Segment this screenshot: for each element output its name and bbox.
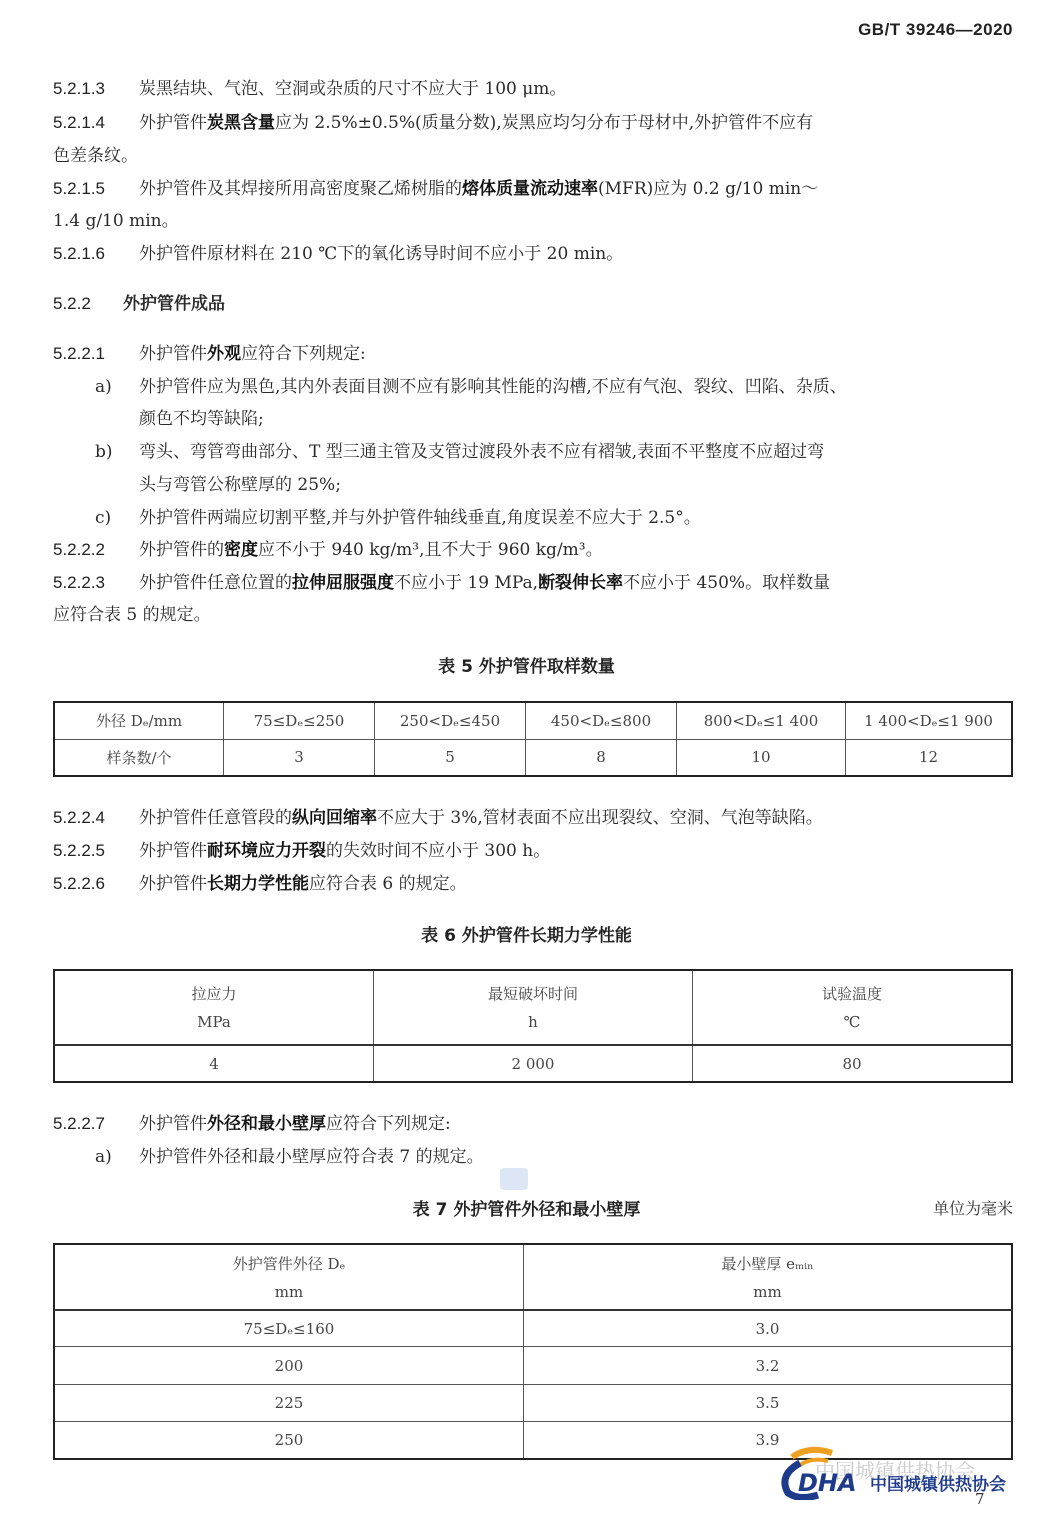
clause-text: 不应小于 19 MPa, xyxy=(394,573,538,593)
clause-number: 5.2.2.5 xyxy=(53,840,139,862)
table-row: 样条数/个 3 5 8 10 12 xyxy=(54,739,1012,776)
table-cell: 250<Dₑ≤450 xyxy=(375,702,526,739)
list-continuation: 颜色不均等缺陷; xyxy=(139,408,1013,430)
table-cell: 80 xyxy=(693,1045,1013,1082)
svg-text:DHA: DHA xyxy=(798,1469,857,1497)
table-cell: 12 xyxy=(846,739,1013,776)
header-unit: h xyxy=(374,1008,692,1036)
column-header: 最小壁厚 eₘᵢₙ mm xyxy=(524,1244,1013,1310)
table-cell: 3.0 xyxy=(524,1310,1013,1347)
clause-text: 外护管件的 xyxy=(139,540,224,560)
keyword: 耐环境应力开裂 xyxy=(207,841,326,861)
clause-number: 5.2.1.6 xyxy=(53,243,139,265)
table-row: 200 3.2 xyxy=(54,1347,1012,1384)
table-7: 外护管件外径 Dₑ mm 最小壁厚 eₘᵢₙ mm 75≤Dₑ≤160 3.0 … xyxy=(53,1243,1013,1460)
table-row: 225 3.5 xyxy=(54,1384,1012,1421)
clause-number: 5.2.1.3 xyxy=(53,78,139,100)
clause-text: 外护管件 xyxy=(139,874,207,894)
column-header: 最短破坏时间 h xyxy=(374,970,693,1045)
table-cell: 8 xyxy=(526,739,677,776)
table-5-caption: 表 5 外护管件取样数量 xyxy=(0,652,1053,677)
section-title: 外护管件成品 xyxy=(123,294,225,314)
standard-code: GB/T 39246—2020 xyxy=(858,20,1013,40)
clause-5-2-2-2: 5.2.2.2外护管件的密度应不小于 940 kg/m³,且不大于 960 kg… xyxy=(53,539,1013,561)
table-cell: 5 xyxy=(375,739,526,776)
clause-number: 5.2.2.7 xyxy=(53,1113,139,1135)
clause-text: (MFR)应为 0.2 g/10 min～ xyxy=(598,179,818,199)
table-cell: 1 400<Dₑ≤1 900 xyxy=(846,702,1013,739)
table-header-row: 拉应力 MPa 最短破坏时间 h 试验温度 ℃ xyxy=(54,970,1012,1045)
keyword: 外观 xyxy=(207,344,241,364)
clause-text: 外护管件及其焊接所用高密度聚乙烯树脂的 xyxy=(139,179,462,199)
list-item-a: a)外护管件外径和最小壁厚应符合表 7 的规定。 xyxy=(95,1146,1013,1168)
column-header: 外护管件外径 Dₑ mm xyxy=(54,1244,524,1310)
clause-5-2-2-1: 5.2.2.1外护管件外观应符合下列规定: xyxy=(53,343,1013,365)
unit-note: 单位为毫米 xyxy=(933,1196,1013,1219)
section-heading-5-2-2: 5.2.2外护管件成品 xyxy=(53,293,1013,315)
clause-text: 不应大于 3%,管材表面不应出现裂纹、空洞、气泡等缺陷。 xyxy=(377,808,823,828)
clause-5-2-2-3: 5.2.2.3外护管件任意位置的拉伸屈服强度不应小于 19 MPa,断裂伸长率不… xyxy=(53,572,1013,594)
table-5: 外径 Dₑ/mm 75≤Dₑ≤250 250<Dₑ≤450 450<Dₑ≤800… xyxy=(53,701,1013,777)
table-cell: 225 xyxy=(54,1384,524,1421)
table-7-caption: 表 7 外护管件外径和最小壁厚 xyxy=(0,1195,1053,1220)
header-name: 最小壁厚 eₘᵢₙ xyxy=(524,1249,1011,1279)
keyword: 长期力学性能 xyxy=(207,874,309,894)
clause-number: 5.2.1.4 xyxy=(53,112,139,134)
table-header-row: 外护管件外径 Dₑ mm 最小壁厚 eₘᵢₙ mm xyxy=(54,1244,1012,1310)
table-cell: 75≤Dₑ≤160 xyxy=(54,1310,524,1347)
page-number: 7 xyxy=(975,1490,985,1508)
clause-text: 应符合下列规定: xyxy=(326,1114,451,1134)
column-header: 拉应力 MPa xyxy=(54,970,374,1045)
keyword: 炭黑含量 xyxy=(207,113,275,133)
header-name: 外护管件外径 Dₑ xyxy=(55,1249,523,1279)
clause-text: 的失效时间不应小于 300 h。 xyxy=(326,841,550,861)
header-unit: ℃ xyxy=(693,1008,1011,1036)
table-cell: 450<Dₑ≤800 xyxy=(526,702,677,739)
header-unit: mm xyxy=(55,1279,523,1305)
list-text: 外护管件应为黑色,其内外表面目测不应有影响其性能的沟槽,不应有气泡、裂纹、凹陷、… xyxy=(139,377,847,397)
table-cell: 200 xyxy=(54,1347,524,1384)
table-cell: 75≤Dₑ≤250 xyxy=(224,702,375,739)
keyword: 拉伸屈服强度 xyxy=(292,573,394,593)
table-cell: 800<Dₑ≤1 400 xyxy=(677,702,846,739)
clause-text: 外护管件任意位置的 xyxy=(139,573,292,593)
clause-text: 外护管件原材料在 210 ℃下的氧化诱导时间不应小于 20 min。 xyxy=(139,244,623,264)
clause-5-2-1-5: 5.2.1.5外护管件及其焊接所用高密度聚乙烯树脂的熔体质量流动速率(MFR)应… xyxy=(53,178,1013,200)
table-cell: 4 xyxy=(54,1045,374,1082)
clause-continuation: 色差条纹。 xyxy=(53,145,1013,167)
clause-number: 5.2.2.6 xyxy=(53,873,139,895)
clause-5-2-2-5: 5.2.2.5外护管件耐环境应力开裂的失效时间不应小于 300 h。 xyxy=(53,840,1013,862)
clause-number: 5.2.1.5 xyxy=(53,178,139,200)
watermark-icon xyxy=(500,1168,528,1190)
clause-text: 外护管件任意管段的 xyxy=(139,808,292,828)
table-cell: 2 000 xyxy=(374,1045,693,1082)
clause-5-2-1-3: 5.2.1.3炭黑结块、气泡、空洞或杂质的尺寸不应大于 100 μm。 xyxy=(53,78,1013,100)
table-row: 外径 Dₑ/mm 75≤Dₑ≤250 250<Dₑ≤450 450<Dₑ≤800… xyxy=(54,702,1012,739)
section-number: 5.2.2 xyxy=(53,293,123,315)
keyword: 断裂伸长率 xyxy=(538,573,623,593)
header-name: 最短破坏时间 xyxy=(374,980,692,1008)
list-item-c: c)外护管件两端应切割平整,并与外护管件轴线垂直,角度误差不应大于 2.5°。 xyxy=(95,507,1013,529)
clause-5-2-1-6: 5.2.1.6外护管件原材料在 210 ℃下的氧化诱导时间不应小于 20 min… xyxy=(53,243,1013,265)
clause-number: 5.2.2.1 xyxy=(53,343,139,365)
header-name: 试验温度 xyxy=(693,980,1011,1008)
clause-text: 外护管件 xyxy=(139,113,207,133)
table-row: 75≤Dₑ≤160 3.0 xyxy=(54,1310,1012,1347)
clause-continuation: 应符合表 5 的规定。 xyxy=(53,604,1013,626)
clause-number: 5.2.2.2 xyxy=(53,539,139,561)
table-cell: 10 xyxy=(677,739,846,776)
list-label: a) xyxy=(95,376,139,398)
logo-name: 中国城镇供热协会 xyxy=(870,1470,1006,1495)
clause-continuation: 1.4 g/10 min。 xyxy=(53,210,1013,232)
header-unit: mm xyxy=(524,1279,1011,1305)
clause-5-2-2-7: 5.2.2.7外护管件外径和最小壁厚应符合下列规定: xyxy=(53,1113,1013,1135)
clause-text: 外护管件 xyxy=(139,1114,207,1134)
list-label: c) xyxy=(95,507,139,529)
row-header: 样条数/个 xyxy=(54,739,224,776)
keyword: 密度 xyxy=(224,540,258,560)
list-item-b: b)弯头、弯管弯曲部分、T 型三通主管及支管过渡段外表不应有褶皱,表面不平整度不… xyxy=(95,441,1013,463)
keyword: 纵向回缩率 xyxy=(292,808,377,828)
table-cell: 3.2 xyxy=(524,1347,1013,1384)
table-row: 4 2 000 80 xyxy=(54,1045,1012,1082)
clause-text: 应符合下列规定: xyxy=(241,344,366,364)
table-6-caption: 表 6 外护管件长期力学性能 xyxy=(0,921,1053,946)
clause-5-2-2-4: 5.2.2.4外护管件任意管段的纵向回缩率不应大于 3%,管材表面不应出现裂纹、… xyxy=(53,807,1013,829)
table-6: 拉应力 MPa 最短破坏时间 h 试验温度 ℃ 4 2 000 80 xyxy=(53,969,1013,1083)
list-item-a: a)外护管件应为黑色,其内外表面目测不应有影响其性能的沟槽,不应有气泡、裂纹、凹… xyxy=(95,376,1013,398)
list-label: b) xyxy=(95,441,139,463)
table-cell: 250 xyxy=(54,1422,524,1459)
column-header: 试验温度 ℃ xyxy=(693,970,1013,1045)
clause-number: 5.2.2.4 xyxy=(53,807,139,829)
clause-text: 外护管件 xyxy=(139,841,207,861)
table-cell: 3 xyxy=(224,739,375,776)
clause-5-2-2-6: 5.2.2.6外护管件长期力学性能应符合表 6 的规定。 xyxy=(53,873,1013,895)
keyword: 熔体质量流动速率 xyxy=(462,179,598,199)
clause-text: 应符合表 6 的规定。 xyxy=(309,874,467,894)
clause-number: 5.2.2.3 xyxy=(53,572,139,594)
clause-text: 外护管件 xyxy=(139,344,207,364)
clause-text: 应为 2.5%±0.5%(质量分数),炭黑应均匀分布于母材中,外护管件不应有 xyxy=(275,113,813,133)
header-name: 拉应力 xyxy=(55,980,373,1008)
table-cell: 3.5 xyxy=(524,1384,1013,1421)
list-label: a) xyxy=(95,1146,139,1168)
clause-text: 炭黑结块、气泡、空洞或杂质的尺寸不应大于 100 μm。 xyxy=(139,79,566,99)
list-text: 外护管件外径和最小壁厚应符合表 7 的规定。 xyxy=(139,1147,484,1167)
keyword: 外径和最小壁厚 xyxy=(207,1114,326,1134)
clause-text: 应不小于 940 kg/m³,且不大于 960 kg/m³。 xyxy=(258,540,603,560)
clause-5-2-1-4: 5.2.1.4外护管件炭黑含量应为 2.5%±0.5%(质量分数),炭黑应均匀分… xyxy=(53,112,1013,134)
list-continuation: 头与弯管公称壁厚的 25%; xyxy=(139,474,1013,496)
row-header: 外径 Dₑ/mm xyxy=(54,702,224,739)
list-text: 外护管件两端应切割平整,并与外护管件轴线垂直,角度误差不应大于 2.5°。 xyxy=(139,508,701,528)
list-text: 弯头、弯管弯曲部分、T 型三通主管及支管过渡段外表不应有褶皱,表面不平整度不应超… xyxy=(139,442,824,462)
clause-text: 不应小于 450%。取样数量 xyxy=(623,573,830,593)
header-unit: MPa xyxy=(55,1008,373,1036)
